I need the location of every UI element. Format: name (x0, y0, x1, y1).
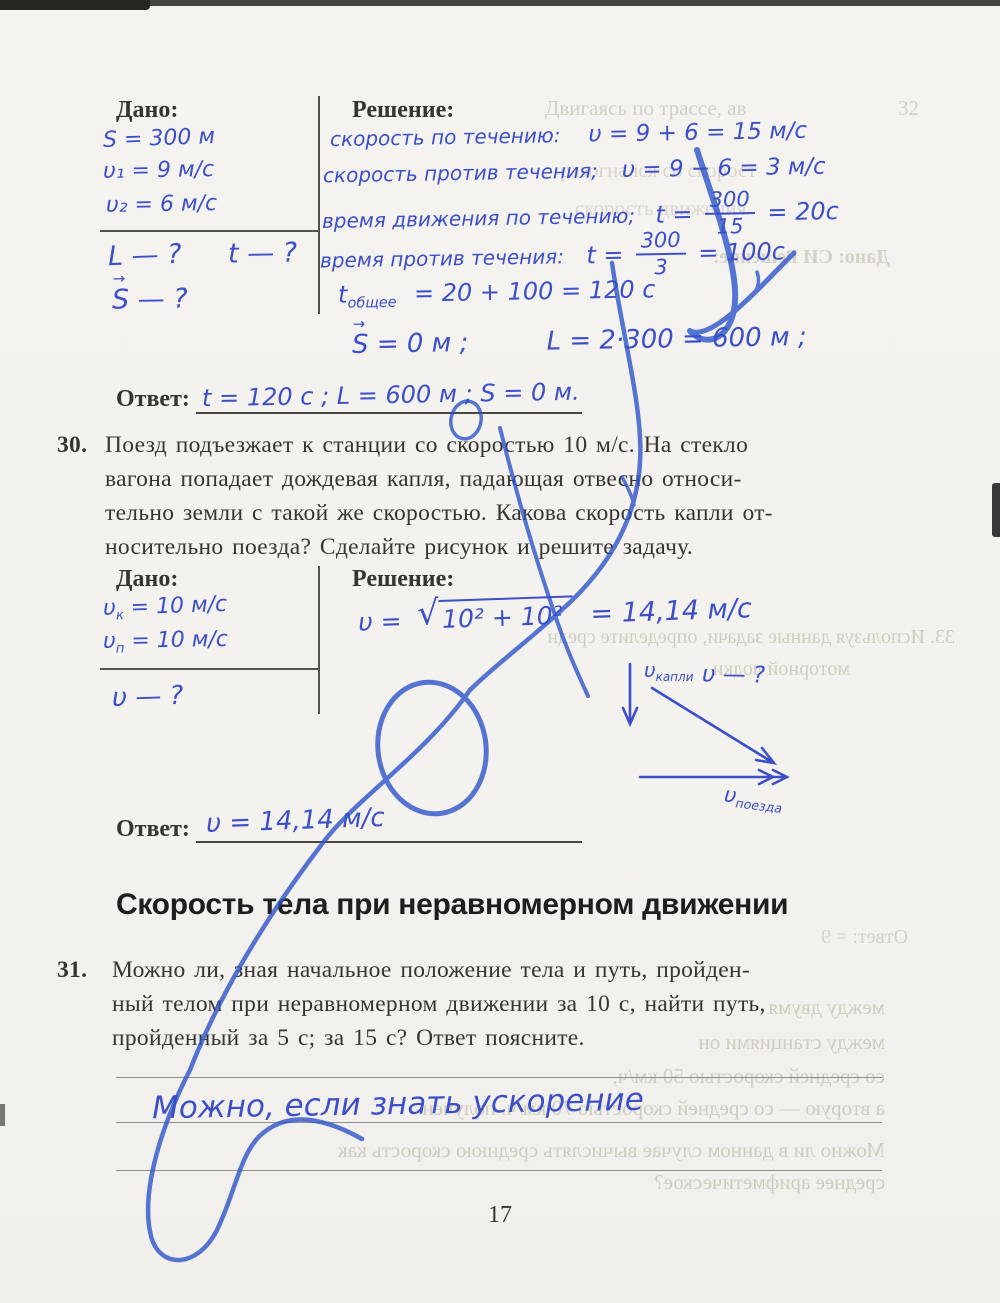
given-divider-line (100, 668, 318, 670)
problem-text-line: вагона попадает дождевая капля, падающая… (105, 462, 742, 496)
problem-number: 30. (57, 428, 87, 462)
workbook-page: Двигаясь по трассе, ав 32 разогнался со … (0, 0, 1000, 1303)
problem-text-line: пройденный за 5 с; за 15 с? Ответ поясни… (112, 1021, 585, 1055)
answer-ruled-line (116, 1170, 882, 1171)
problem-text-line: носительно поезда? Сделайте рисунок и ре… (105, 530, 693, 564)
bleed-through-text: среднее арифметическое? (105, 1170, 885, 1195)
answer-underline (196, 412, 582, 414)
given-label: Дано: (116, 566, 178, 593)
find-value: υ — ? (111, 681, 183, 713)
solution-label: Решение: (352, 97, 454, 124)
dano-column-divider (318, 566, 320, 714)
vector-arrow: → (353, 315, 366, 333)
bleed-through-text: Двигаясь по трассе, ав (545, 96, 746, 121)
problem-number: 31. (57, 953, 87, 987)
solution-line: скорость против течения;υ = 9 − 6 = 3 м/… (323, 154, 826, 189)
diagram-label-unknown-velocity: υ — ? (702, 661, 766, 688)
given-value: υк = 10 м/с (103, 592, 228, 624)
answer-label: Ответ: (116, 816, 190, 843)
given-label: Дано: (116, 97, 178, 124)
problem-text-line: Поезд подъезжает к станции со скоростью … (105, 428, 748, 462)
solution-line: tобщее = 20 + 100 = 120 с (338, 275, 656, 312)
section-heading: Скорость тела при неравномерном движении (116, 888, 788, 922)
problem-text-line: ный телом при неравномерном движении за … (112, 987, 766, 1021)
page-number: 17 (460, 1202, 540, 1229)
given-value: υ₂ = 6 м/с (106, 191, 217, 218)
answer-ruled-line (116, 1077, 882, 1078)
resultant-velocity-arrow (652, 688, 772, 762)
problem-text-line: тельно земли с такой же скоростью. Каков… (105, 496, 773, 530)
given-divider-line (100, 230, 318, 232)
find-value: L — ? (107, 239, 182, 273)
given-value: υп = 10 м/с (103, 627, 228, 657)
answer-label: Ответ: (116, 386, 190, 413)
diagram-label-drop-velocity: υкапли (644, 658, 694, 684)
solution-label: Решение: (352, 566, 454, 593)
solution-line: →S = 0 м ; L = 2·300 = 600 м ; (352, 322, 807, 360)
vector-arrow: → (112, 269, 125, 287)
scan-mark-right (992, 483, 1000, 537)
bleed-through-text: Ответ: = 9 (718, 926, 908, 949)
problem-text-line: Можно ли, зная начальное положение тела … (112, 953, 750, 987)
bleed-through-text: 32 (898, 96, 919, 121)
answer-handwritten: t = 120 c ; L = 600 м ; S = 0 м. (202, 378, 580, 413)
answer-handwritten: υ = 14,14 м/с (206, 803, 386, 839)
find-value: t — ? (228, 237, 298, 269)
square-root: √10² + 10² (417, 595, 573, 634)
scan-mark-left (0, 1104, 5, 1126)
given-value: S = 300 м (103, 124, 216, 153)
bleed-through-text: 33. Используя данные задачи, определите … (545, 626, 955, 649)
scan-edge-top (0, 0, 1000, 6)
fraction: 3003 (635, 230, 686, 279)
find-value: →S — ? (112, 283, 188, 315)
given-value: υ₁ = 9 м/с (103, 157, 214, 184)
bleed-through-text: Можно ли в данном случае вычислять средн… (105, 1138, 885, 1163)
diagram-label-train-velocity: υпоезда (723, 783, 785, 816)
answer-underline (196, 841, 582, 843)
scan-edge-top-left (0, 0, 150, 10)
